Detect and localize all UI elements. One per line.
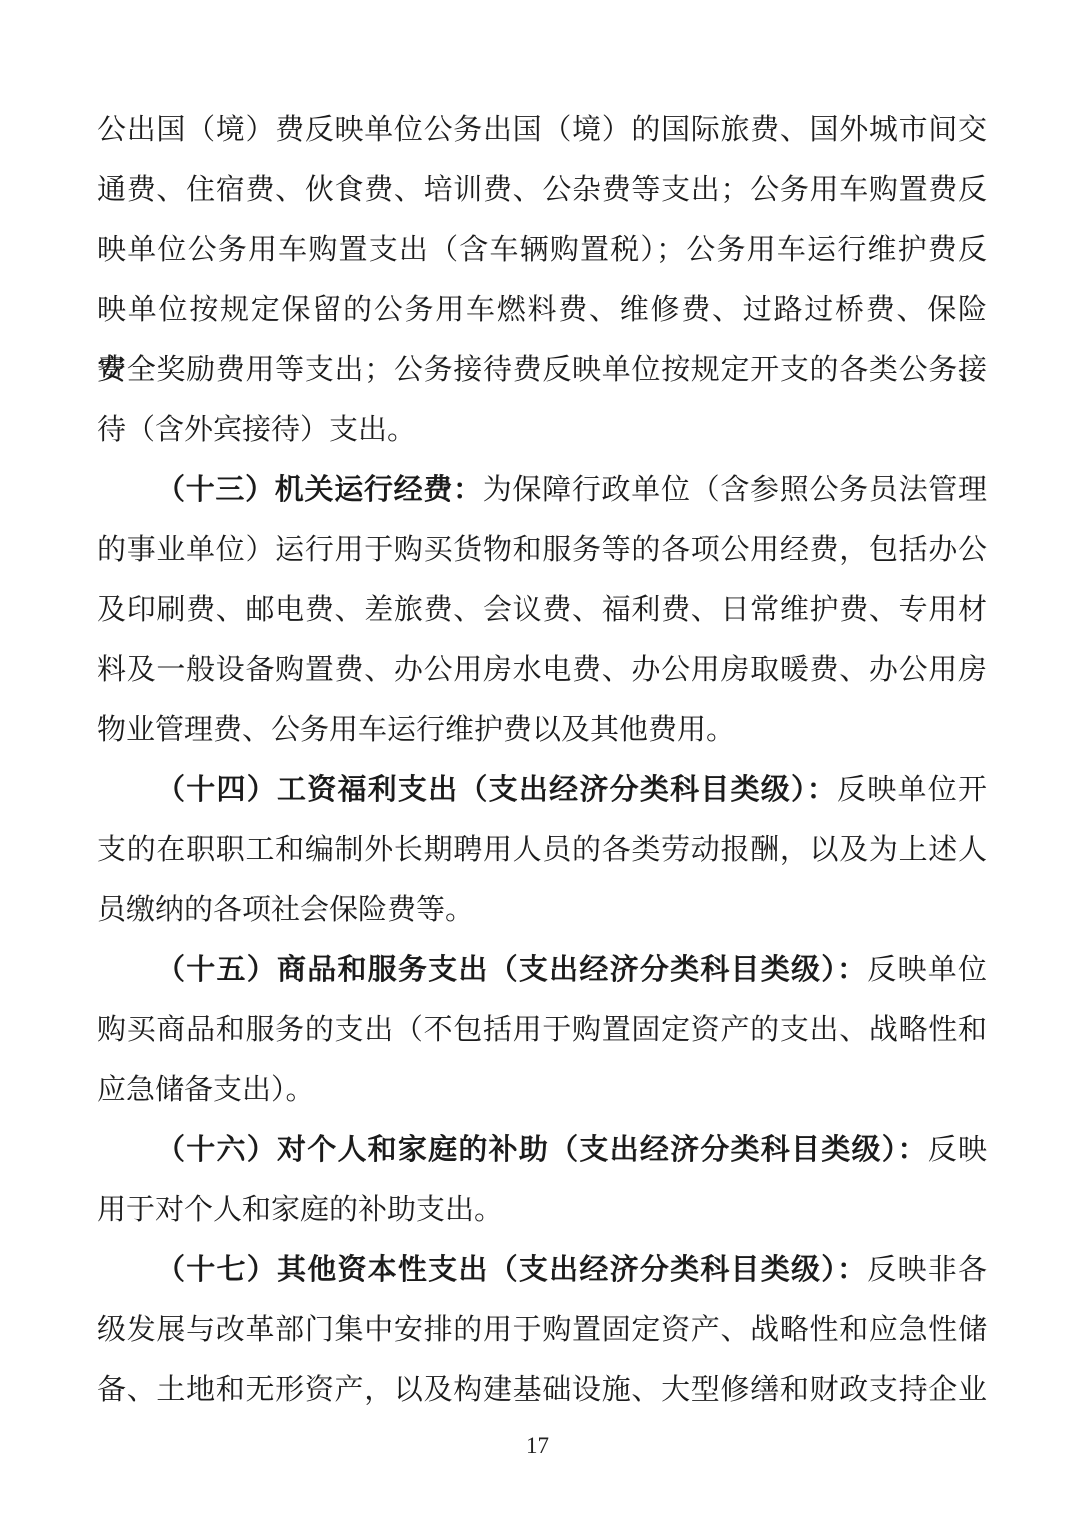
text-line: 映单位按规定保留的公务用车燃料费、维修费、过路过桥费、保险费、 [97, 280, 987, 340]
text-line: 安全奖励费用等支出；公务接待费反映单位按规定开支的各类公务接 [97, 340, 987, 400]
text-line: 物业管理费、公务用车运行维护费以及其他费用。 [97, 700, 987, 760]
text-line: 用于对个人和家庭的补助支出。 [97, 1180, 987, 1240]
paragraph-heading-text: （十七）其他资本性支出（支出经济分类科目类级）： [156, 1254, 867, 1286]
text-line: 待（含外宾接待）支出。 [97, 400, 987, 460]
paragraph-heading-text: （十六）对个人和家庭的补助（支出经济分类科目类级）： [156, 1134, 928, 1166]
text-line: 通费、住宿费、伙食费、培训费、公杂费等支出；公务用车购置费反 [97, 160, 987, 220]
text-line: 员缴纳的各项社会保险费等。 [97, 880, 987, 940]
paragraph-body-text: 映单位公务用车购置支出（含车辆购置税）；公务用车运行维护费反 [97, 234, 987, 266]
text-line: （十三）机关运行经费：为保障行政单位（含参照公务员法管理 [97, 460, 987, 520]
paragraph-body-text: 待（含外宾接待）支出。 [97, 414, 416, 446]
text-line: 公出国（境）费反映单位公务出国（境）的国际旅费、国外城市间交 [97, 100, 987, 160]
text-line: 及印刷费、邮电费、差旅费、会议费、福利费、日常维护费、专用材 [97, 580, 987, 640]
page-number: 17 [0, 1433, 1075, 1459]
paragraph-body-text: 反映单位 [867, 954, 987, 986]
text-line: （十五）商品和服务支出（支出经济分类科目类级）：反映单位 [97, 940, 987, 1000]
text-line: 应急储备支出）。 [97, 1060, 987, 1120]
paragraph-body-text: 购买商品和服务的支出（不包括用于购置固定资产的支出、战略性和 [97, 1014, 987, 1046]
text-line: 备、土地和无形资产，以及构建基础设施、大型修缮和财政支持企业 [97, 1360, 987, 1420]
paragraph-body-text: 应急储备支出）。 [97, 1074, 315, 1106]
paragraph-body-text: 及印刷费、邮电费、差旅费、会议费、福利费、日常维护费、专用材 [97, 594, 987, 626]
text-line: （十六）对个人和家庭的补助（支出经济分类科目类级）：反映 [97, 1120, 987, 1180]
paragraph-body-text: 料及一般设备购置费、办公用房水电费、办公用房取暖费、办公用房 [97, 654, 987, 686]
text-line: 的事业单位）运行用于购买货物和服务等的各项公用经费，包括办公 [97, 520, 987, 580]
paragraph-heading-text: （十三）机关运行经费： [156, 474, 483, 506]
document-page: 公出国（境）费反映单位公务出国（境）的国际旅费、国外城市间交通费、住宿费、伙食费… [0, 0, 1075, 1520]
text-line: （十四）工资福利支出（支出经济分类科目类级）：反映单位开 [97, 760, 987, 820]
document-body: 公出国（境）费反映单位公务出国（境）的国际旅费、国外城市间交通费、住宿费、伙食费… [97, 100, 987, 1420]
text-line: 映单位公务用车购置支出（含车辆购置税）；公务用车运行维护费反 [97, 220, 987, 280]
paragraph-body-text: 反映非各 [867, 1254, 987, 1286]
text-line: 支的在职职工和编制外长期聘用人员的各类劳动报酬，以及为上述人 [97, 820, 987, 880]
paragraph-body-text: 支的在职职工和编制外长期聘用人员的各类劳动报酬，以及为上述人 [97, 834, 987, 866]
text-line: 级发展与改革部门集中安排的用于购置固定资产、战略性和应急性储 [97, 1300, 987, 1360]
paragraph-body-text: 物业管理费、公务用车运行维护费以及其他费用。 [97, 714, 735, 746]
paragraph-body-text: 的事业单位）运行用于购买货物和服务等的各项公用经费，包括办公 [97, 534, 987, 566]
paragraph-body-text: 员缴纳的各项社会保险费等。 [97, 894, 474, 926]
text-line: （十七）其他资本性支出（支出经济分类科目类级）：反映非各 [97, 1240, 987, 1300]
paragraph-body-text: 级发展与改革部门集中安排的用于购置固定资产、战略性和应急性储 [97, 1314, 987, 1346]
text-line: 料及一般设备购置费、办公用房水电费、办公用房取暖费、办公用房 [97, 640, 987, 700]
paragraph-heading-text: （十四）工资福利支出（支出经济分类科目类级）： [156, 774, 837, 806]
paragraph-body-text: 公出国（境）费反映单位公务出国（境）的国际旅费、国外城市间交 [97, 114, 987, 146]
paragraph-body-text: 反映单位开 [837, 774, 987, 806]
paragraph-body-text: 用于对个人和家庭的补助支出。 [97, 1194, 503, 1226]
text-line: 购买商品和服务的支出（不包括用于购置固定资产的支出、战略性和 [97, 1000, 987, 1060]
paragraph-body-text: 反映 [928, 1134, 987, 1166]
paragraph-body-text: 备、土地和无形资产，以及构建基础设施、大型修缮和财政支持企业 [97, 1374, 987, 1406]
paragraph-heading-text: （十五）商品和服务支出（支出经济分类科目类级）： [156, 954, 867, 986]
paragraph-body-text: 为保障行政单位（含参照公务员法管理 [483, 474, 987, 506]
paragraph-body-text: 通费、住宿费、伙食费、培训费、公杂费等支出；公务用车购置费反 [97, 174, 987, 206]
paragraph-body-text: 安全奖励费用等支出；公务接待费反映单位按规定开支的各类公务接 [97, 354, 987, 386]
